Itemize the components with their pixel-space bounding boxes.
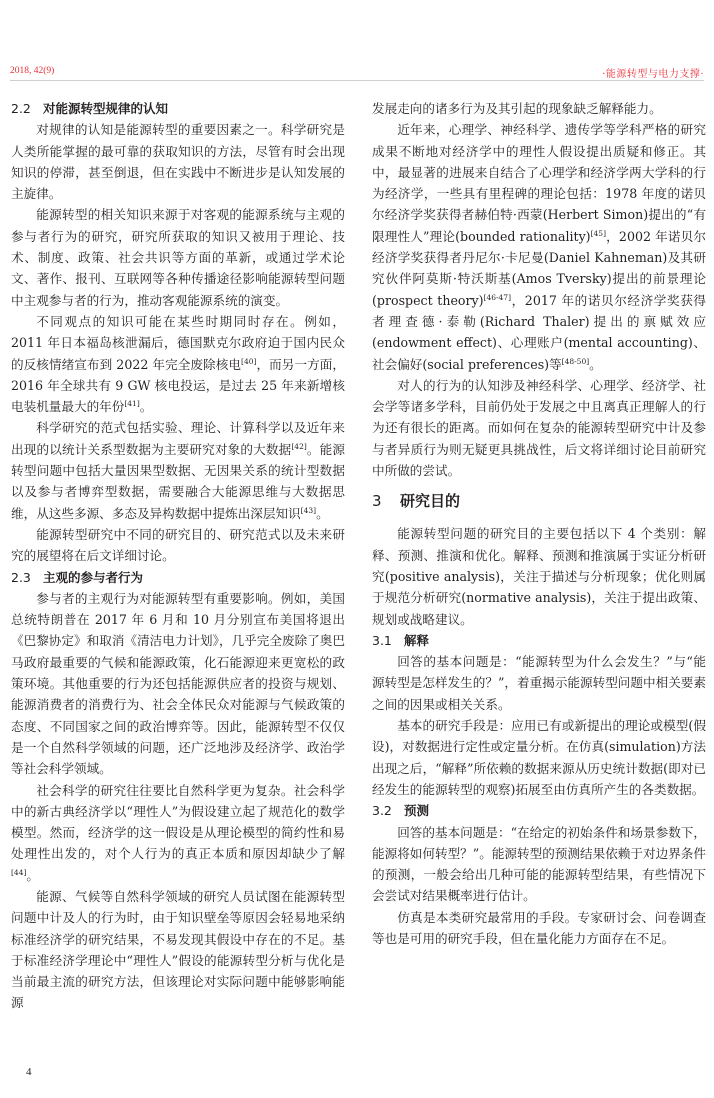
text: 。: [26, 868, 39, 883]
paragraph: 能源转型研究中不同的研究目的、研究范式以及未来研究的展望将在后文详细讨论。: [11, 524, 345, 567]
column-title: ·能源转型与电力支撑·: [602, 65, 704, 80]
citation[interactable]: [43]: [301, 505, 316, 514]
running-header: 2018, 42(9) ·能源转型与电力支撑·: [10, 64, 704, 81]
section-heading-2-3: 2.3主观的参与者行为: [11, 567, 345, 588]
paragraph: 能源转型问题的研究目的主要包括以下 4 个类别：解释、预测、推演和优化。解释、预…: [372, 523, 706, 629]
page-number: 4: [26, 1066, 32, 1078]
section-heading-3: 3研究目的: [372, 489, 706, 513]
paragraph: 社会科学的研究往往要比自然科学更为复杂。社会科学中的新古典经济学以“理性人”为假…: [11, 780, 345, 886]
paragraph: 对人的行为的认知涉及神经科学、心理学、经济学、社会学等诸多学科，目前仍处于发展之…: [372, 375, 706, 481]
section-title: 对能源转型规律的认知: [43, 101, 168, 116]
text: 近年来，心理学、神经科学、遗传学等学科严格的研究成果不断地对经济学中的理性人假设…: [372, 122, 706, 243]
paragraph: 科学研究的范式包括实验、理论、计算科学以及近年来出现的以统计关系型数据为主要研究…: [11, 417, 345, 523]
right-column: 发展走向的诸多行为及其引起的现象缺乏解释能力。 近年来，心理学、神经科学、遗传学…: [372, 98, 706, 949]
text: 社会科学的研究往往要比自然科学更为复杂。社会科学中的新古典经济学以“理性人”为假…: [11, 783, 345, 862]
citation[interactable]: [44]: [11, 868, 26, 877]
section-number: 2.3: [11, 567, 43, 588]
citation[interactable]: [42]: [291, 442, 306, 451]
text: 科学研究的范式包括实验、理论、计算科学以及近年来出现的以统计关系型数据为主要研究…: [11, 420, 345, 456]
section-heading-3-1: 3.1解释: [372, 630, 706, 651]
paragraph: 基本的研究手段是：应用已有或新提出的理论或模型(假设)，对数据进行定性或定量分析…: [372, 715, 706, 800]
paragraph: 仿真是本类研究最常用的手段。专家研讨会、问卷调查等也是可用的研究手段，但在量化能…: [372, 907, 706, 950]
paragraph: 回答的基本问题是：“能源转型为什么会发生？”与“能源转型是怎样发生的？”，着重揭…: [372, 651, 706, 715]
paragraph: 对规律的认知是能源转型的重要因素之一。科学研究是人类所能掌握的最可靠的获取知识的…: [11, 119, 345, 204]
section-title: 研究目的: [400, 492, 460, 510]
section-title: 解释: [404, 633, 429, 648]
text: 。: [589, 357, 602, 372]
section-title: 主观的参与者行为: [43, 570, 143, 585]
paragraph-continued: 发展走向的诸多行为及其引起的现象缺乏解释能力。: [372, 98, 706, 119]
journal-issue: 2018, 42(9): [10, 66, 54, 76]
section-number: 3.2: [372, 800, 404, 821]
paragraph: 不同观点的知识可能在某些时期同时存在。例如，2011 年日本福岛核泄漏后，德国默…: [11, 311, 345, 417]
citation[interactable]: [40]: [241, 356, 256, 365]
section-number: 3.1: [372, 630, 404, 651]
text: 。: [140, 399, 153, 414]
paragraph: 回答的基本问题是：“在给定的初始条件和场景参数下，能源将如何转型？”。能源转型的…: [372, 822, 706, 907]
section-heading-3-2: 3.2预测: [372, 800, 706, 821]
citation[interactable]: [45]: [591, 229, 606, 238]
citation[interactable]: [46-47]: [484, 292, 511, 301]
paragraph: 参与者的主观行为对能源转型有重要影响。例如，美国总统特朗普在 2017 年 6 …: [11, 588, 345, 780]
left-column: 2.2对能源转型规律的认知 对规律的认知是能源转型的重要因素之一。科学研究是人类…: [11, 98, 345, 1014]
citation[interactable]: [41]: [124, 399, 139, 408]
paragraph: 能源转型的相关知识来源于对客观的能源系统与主观的参与者行为的研究，研究所获取的知…: [11, 204, 345, 310]
section-number: 3: [372, 489, 400, 513]
section-title: 预测: [404, 803, 429, 818]
section-number: 2.2: [11, 98, 43, 119]
text: 。: [316, 506, 329, 521]
paragraph: 近年来，心理学、神经科学、遗传学等学科严格的研究成果不断地对经济学中的理性人假设…: [372, 119, 706, 375]
citation[interactable]: [48-50]: [562, 356, 589, 365]
paragraph: 能源、气候等自然科学领域的研究人员试图在能源转型问题中计及人的行为时，由于知识壁…: [11, 886, 345, 1014]
section-heading-2-2: 2.2对能源转型规律的认知: [11, 98, 345, 119]
